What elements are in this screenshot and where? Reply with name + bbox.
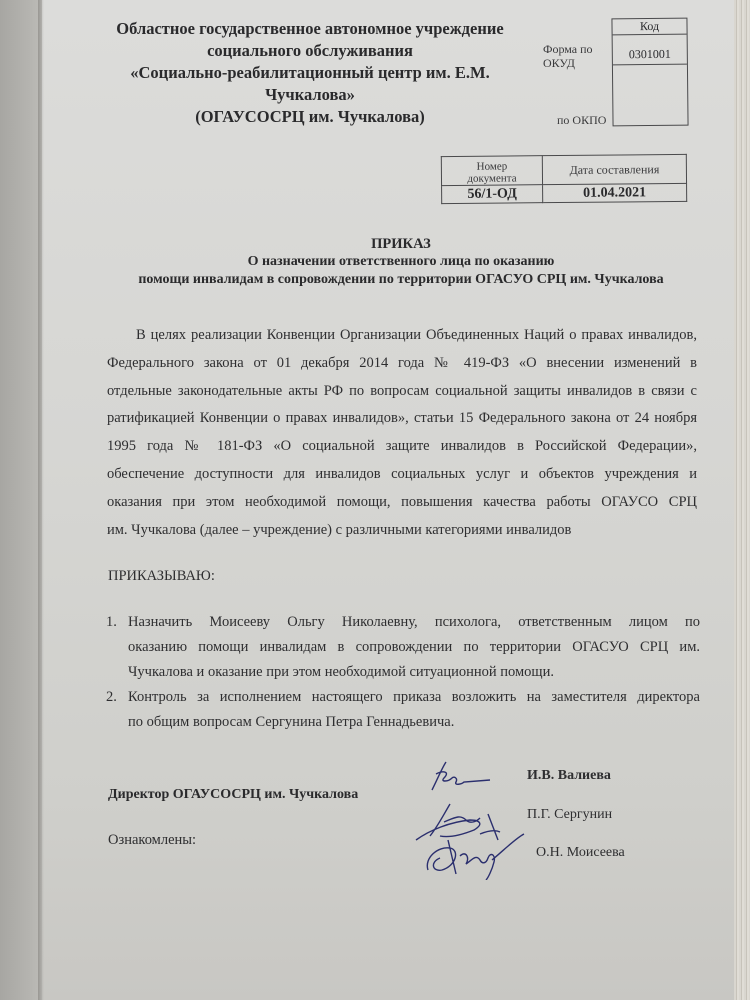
order-item: 2. Контроль за исполнением настоящего пр…	[104, 685, 700, 735]
okud-label-line: Форма по	[543, 42, 593, 56]
okud-label: Форма по ОКУД	[543, 42, 593, 70]
preamble-line: ратификацией Конвенции о правах инвалидо…	[107, 405, 697, 433]
org-line: Чучкалова»	[84, 84, 536, 106]
order-line: Чучкалова и оказание при этом необходимо…	[128, 660, 700, 685]
signer-name: О.Н. Моисеева	[536, 845, 625, 861]
moiseeva-signature-icon	[420, 830, 530, 880]
preamble-paragraph: В целях реализации Конвенции Организации…	[107, 322, 697, 544]
org-line: социального обслуживания	[84, 40, 536, 62]
director-name: И.В. Валиева	[527, 768, 611, 784]
preamble-line: оказания при этом необходимой помощи, по…	[107, 489, 697, 517]
okpo-label: по ОКПО	[557, 113, 606, 128]
preamble-line: Федерального закона от 01 декабря 2014 г…	[107, 350, 697, 378]
director-signature-icon	[418, 760, 498, 796]
order-number: 1.	[106, 610, 117, 635]
org-line: Областное государственное автономное учр…	[84, 18, 536, 40]
order-line: оказанию помощи инвалидам в сопровождени…	[128, 635, 700, 660]
order-item: 1. Назначить Моисееву Ольгу Николаевну, …	[104, 610, 700, 685]
preamble-line: В целях реализации Конвенции Организации…	[107, 322, 697, 350]
document-date: 01.04.2021	[543, 183, 687, 202]
preamble-line: отдельные законодательные акты РФ по воп…	[107, 378, 697, 406]
number-header-line: Номер	[446, 160, 538, 173]
order-line: Контроль за исполнением настоящего прика…	[128, 685, 700, 710]
doc-type: ПРИКАЗ	[100, 235, 702, 253]
order-number: 2.	[106, 685, 117, 710]
date-header: Дата составления	[542, 154, 686, 184]
order-title: ПРИКАЗ О назначении ответственного лица …	[100, 235, 702, 289]
signer-name: П.Г. Сергунин	[527, 807, 612, 823]
code-box: Код 0301001	[611, 18, 688, 127]
previous-page-edge	[0, 0, 42, 1000]
okud-code: 0301001	[613, 35, 687, 66]
orders-list: 1. Назначить Моисееву Ольгу Николаевну, …	[104, 610, 700, 735]
org-line: «Социально-реабилитационный центр им. Е.…	[84, 62, 536, 84]
familiarized-label: Ознакомлены:	[108, 832, 196, 849]
subject-line: О назначении ответственного лица по оказ…	[100, 253, 702, 271]
org-line: (ОГАУСОСРЦ им. Чучкалова)	[84, 106, 536, 128]
order-keyword: ПРИКАЗЫВАЮ:	[108, 568, 215, 585]
document-info-table: Номер документа Дата составления 56/1-ОД…	[441, 154, 687, 204]
code-header: Код	[612, 19, 686, 36]
organization-header: Областное государственное автономное учр…	[84, 18, 536, 128]
order-line: Назначить Моисееву Ольгу Николаевну, пси…	[128, 610, 700, 635]
number-header: Номер документа	[441, 156, 542, 186]
order-line: по общим вопросам Сергунина Петра Геннад…	[128, 710, 700, 735]
number-header-line: документа	[446, 172, 538, 185]
preamble-line: обеспечение доступности для инвалидов со…	[107, 461, 697, 489]
page-stack-edge	[734, 0, 750, 1000]
preamble-line: им. Чучкалова (далее – учреждение) с раз…	[107, 517, 697, 545]
subject-line: помощи инвалидам в сопровождении по терр…	[100, 271, 702, 289]
okud-label-line: ОКУД	[543, 56, 593, 70]
binding-shadow	[38, 0, 44, 1000]
document-number: 56/1-ОД	[442, 185, 543, 204]
preamble-line: 1995 года № 181-ФЗ «О социальной защите …	[107, 433, 697, 461]
director-title: Директор ОГАУСОСРЦ им. Чучкалова	[108, 787, 358, 803]
